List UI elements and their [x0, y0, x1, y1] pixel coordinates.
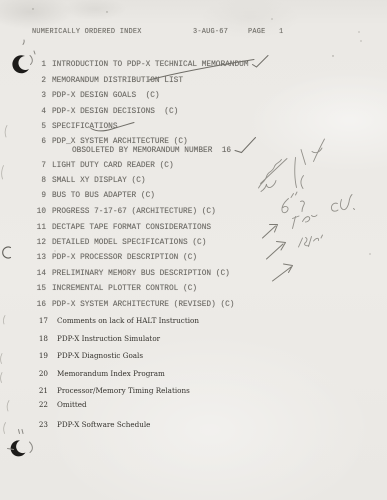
item-number: 19 — [30, 351, 48, 360]
speckle-dot — [55, 251, 56, 252]
page-title: NUMERICALLY ORDERED INDEX — [32, 28, 142, 36]
item-title: BUS TO BUS ADAPTER (C) — [52, 192, 155, 200]
speckle-dot — [358, 31, 359, 32]
crescent-paren-icon — [30, 442, 33, 453]
item-number: 1 — [28, 61, 46, 69]
item-number: 20 — [30, 369, 48, 378]
item-number: 4 — [28, 108, 46, 116]
index-row: 20Memorandum Index Program — [0, 369, 387, 379]
item-title: PDP-X DESIGN DECISIONS (C) — [52, 108, 178, 116]
item-title: DECTAPE TAPE FORMAT CONSIDERATIONS — [52, 224, 211, 232]
index-row: 8SMALL XY DISPLAY (C) — [0, 177, 387, 187]
index-row: 4PDP-X DESIGN DECISIONS (C) — [0, 108, 387, 118]
item-number: 9 — [28, 192, 46, 200]
item-number: 16 — [28, 301, 46, 309]
item-title: LIGHT DUTY CARD READER (C) — [52, 162, 174, 170]
index-row: 6PDP_X SYSTEM ARCHITECTURE (C)OBSOLETED … — [0, 138, 387, 148]
page-label: PAGE — [248, 28, 266, 36]
item-title: SPECIFICATIONS — [52, 123, 118, 131]
index-row: 15INCREMENTAL PLOTTER CONTROL (C) — [0, 285, 387, 295]
item-title: INTRODUCTION TO PDP-X TECHNICAL MEMORAND… — [52, 61, 249, 69]
item-number: 23 — [30, 420, 48, 429]
speckle-dot — [332, 55, 333, 56]
item-number: 3 — [28, 92, 46, 100]
item-number: 11 — [28, 224, 46, 232]
index-row: 3PDP-X DESIGN GOALS (C) — [0, 92, 387, 102]
item-number: 12 — [28, 239, 46, 247]
item-title: SMALL XY DISPLAY (C) — [52, 177, 146, 185]
index-row: 5SPECIFICATIONS — [0, 123, 387, 133]
speckle-dot — [106, 11, 107, 12]
index-row: 7LIGHT DUTY CARD READER (C) — [0, 162, 387, 172]
pencil-comma-icon — [23, 40, 24, 45]
index-row: 16PDP-X SYSTEM ARCHITECTURE (REVISED) (C… — [0, 301, 387, 311]
index-row: 14PRELIMINARY MEMORY BUS DESCRIPTION (C) — [0, 270, 387, 280]
index-row: 23PDP-X Software Schedule — [0, 420, 387, 430]
index-row: 11DECTAPE TAPE FORMAT CONSIDERATIONS — [0, 224, 387, 234]
item-number: 10 — [28, 208, 46, 216]
index-row: 19PDP-X Diagnostic Goals — [0, 351, 387, 361]
item-title: MEMORANDUM DISTRIBUTION LIST — [52, 77, 183, 85]
index-row: 17Comments on lack of HALT Instruction — [0, 316, 387, 326]
header-date: 3-AUG-67 — [193, 28, 228, 36]
index-row: 12DETAILED MODEL SPECIFICATIONS (C) — [0, 239, 387, 249]
item-number: 5 — [28, 123, 46, 131]
index-row: 1INTRODUCTION TO PDP-X TECHNICAL MEMORAN… — [0, 61, 387, 71]
index-row: 10PROGRESS 7-17-67 (ARCHITECTURE) (C) — [0, 208, 387, 218]
item-title: DETAILED MODEL SPECIFICATIONS (C) — [52, 239, 206, 247]
speckle-dot — [32, 8, 33, 9]
item-obsolete-note: OBSOLETED BY MEMORANDUM NUMBER 16 — [72, 147, 231, 155]
item-number: 21 — [30, 386, 48, 395]
item-title: PDP-X Instruction Simulator — [57, 334, 160, 343]
item-number: 2 — [28, 77, 46, 85]
scanned-document-page: NUMERICALLY ORDERED INDEX 3-AUG-67 PAGE … — [0, 0, 387, 500]
index-row: 9BUS TO BUS ADAPTER (C) — [0, 192, 387, 202]
index-row: 21Processor/Memory Timing Relations — [0, 386, 387, 396]
item-title: PROGRESS 7-17-67 (ARCHITECTURE) (C) — [52, 208, 216, 216]
pencil-dash-icon — [8, 449, 14, 450]
speckle-dot — [271, 18, 272, 19]
item-title: Memorandum Index Program — [57, 369, 165, 378]
pencil-quote-icon — [19, 430, 24, 434]
item-number: 17 — [30, 316, 48, 325]
item-number: 22 — [30, 400, 48, 409]
item-title: PDP-X PROCESSOR DESCRIPTION (C) — [52, 254, 197, 262]
pencil-tick-icon — [34, 51, 35, 54]
item-title: Omitted — [57, 400, 87, 409]
item-number: 14 — [28, 270, 46, 278]
index-row: 22Omitted — [0, 400, 387, 410]
item-title: INCREMENTAL PLOTTER CONTROL (C) — [52, 285, 197, 293]
item-number: 13 — [28, 254, 46, 262]
index-row: 13PDP-X PROCESSOR DESCRIPTION (C) — [0, 254, 387, 264]
speckle-dot — [360, 40, 361, 41]
item-title: Comments on lack of HALT Instruction — [57, 316, 199, 325]
index-row: 18PDP-X Instruction Simulator — [0, 334, 387, 344]
item-number: 8 — [28, 177, 46, 185]
item-number: 15 — [28, 285, 46, 293]
item-number: 6 — [28, 138, 46, 146]
item-title: PDP-X Diagnostic Goals — [57, 351, 143, 360]
item-number: 7 — [28, 162, 46, 170]
index-row: 2MEMORANDUM DISTRIBUTION LIST — [0, 77, 387, 87]
item-title: Processor/Memory Timing Relations — [57, 386, 190, 395]
item-title: PDP-X DESIGN GOALS (C) — [52, 92, 160, 100]
page-number: 1 — [279, 28, 283, 36]
item-title: PDP-X SYSTEM ARCHITECTURE (REVISED) (C) — [52, 301, 234, 309]
hole-punch-mark-icon — [11, 440, 26, 456]
pencil-y-mark-icon — [312, 148, 322, 153]
item-title: PDP_X SYSTEM ARCHITECTURE (C) — [52, 138, 188, 146]
item-title: PDP-X Software Schedule — [57, 420, 150, 429]
item-number: 18 — [30, 334, 48, 343]
item-title: PRELIMINARY MEMORY BUS DESCRIPTION (C) — [52, 270, 230, 278]
